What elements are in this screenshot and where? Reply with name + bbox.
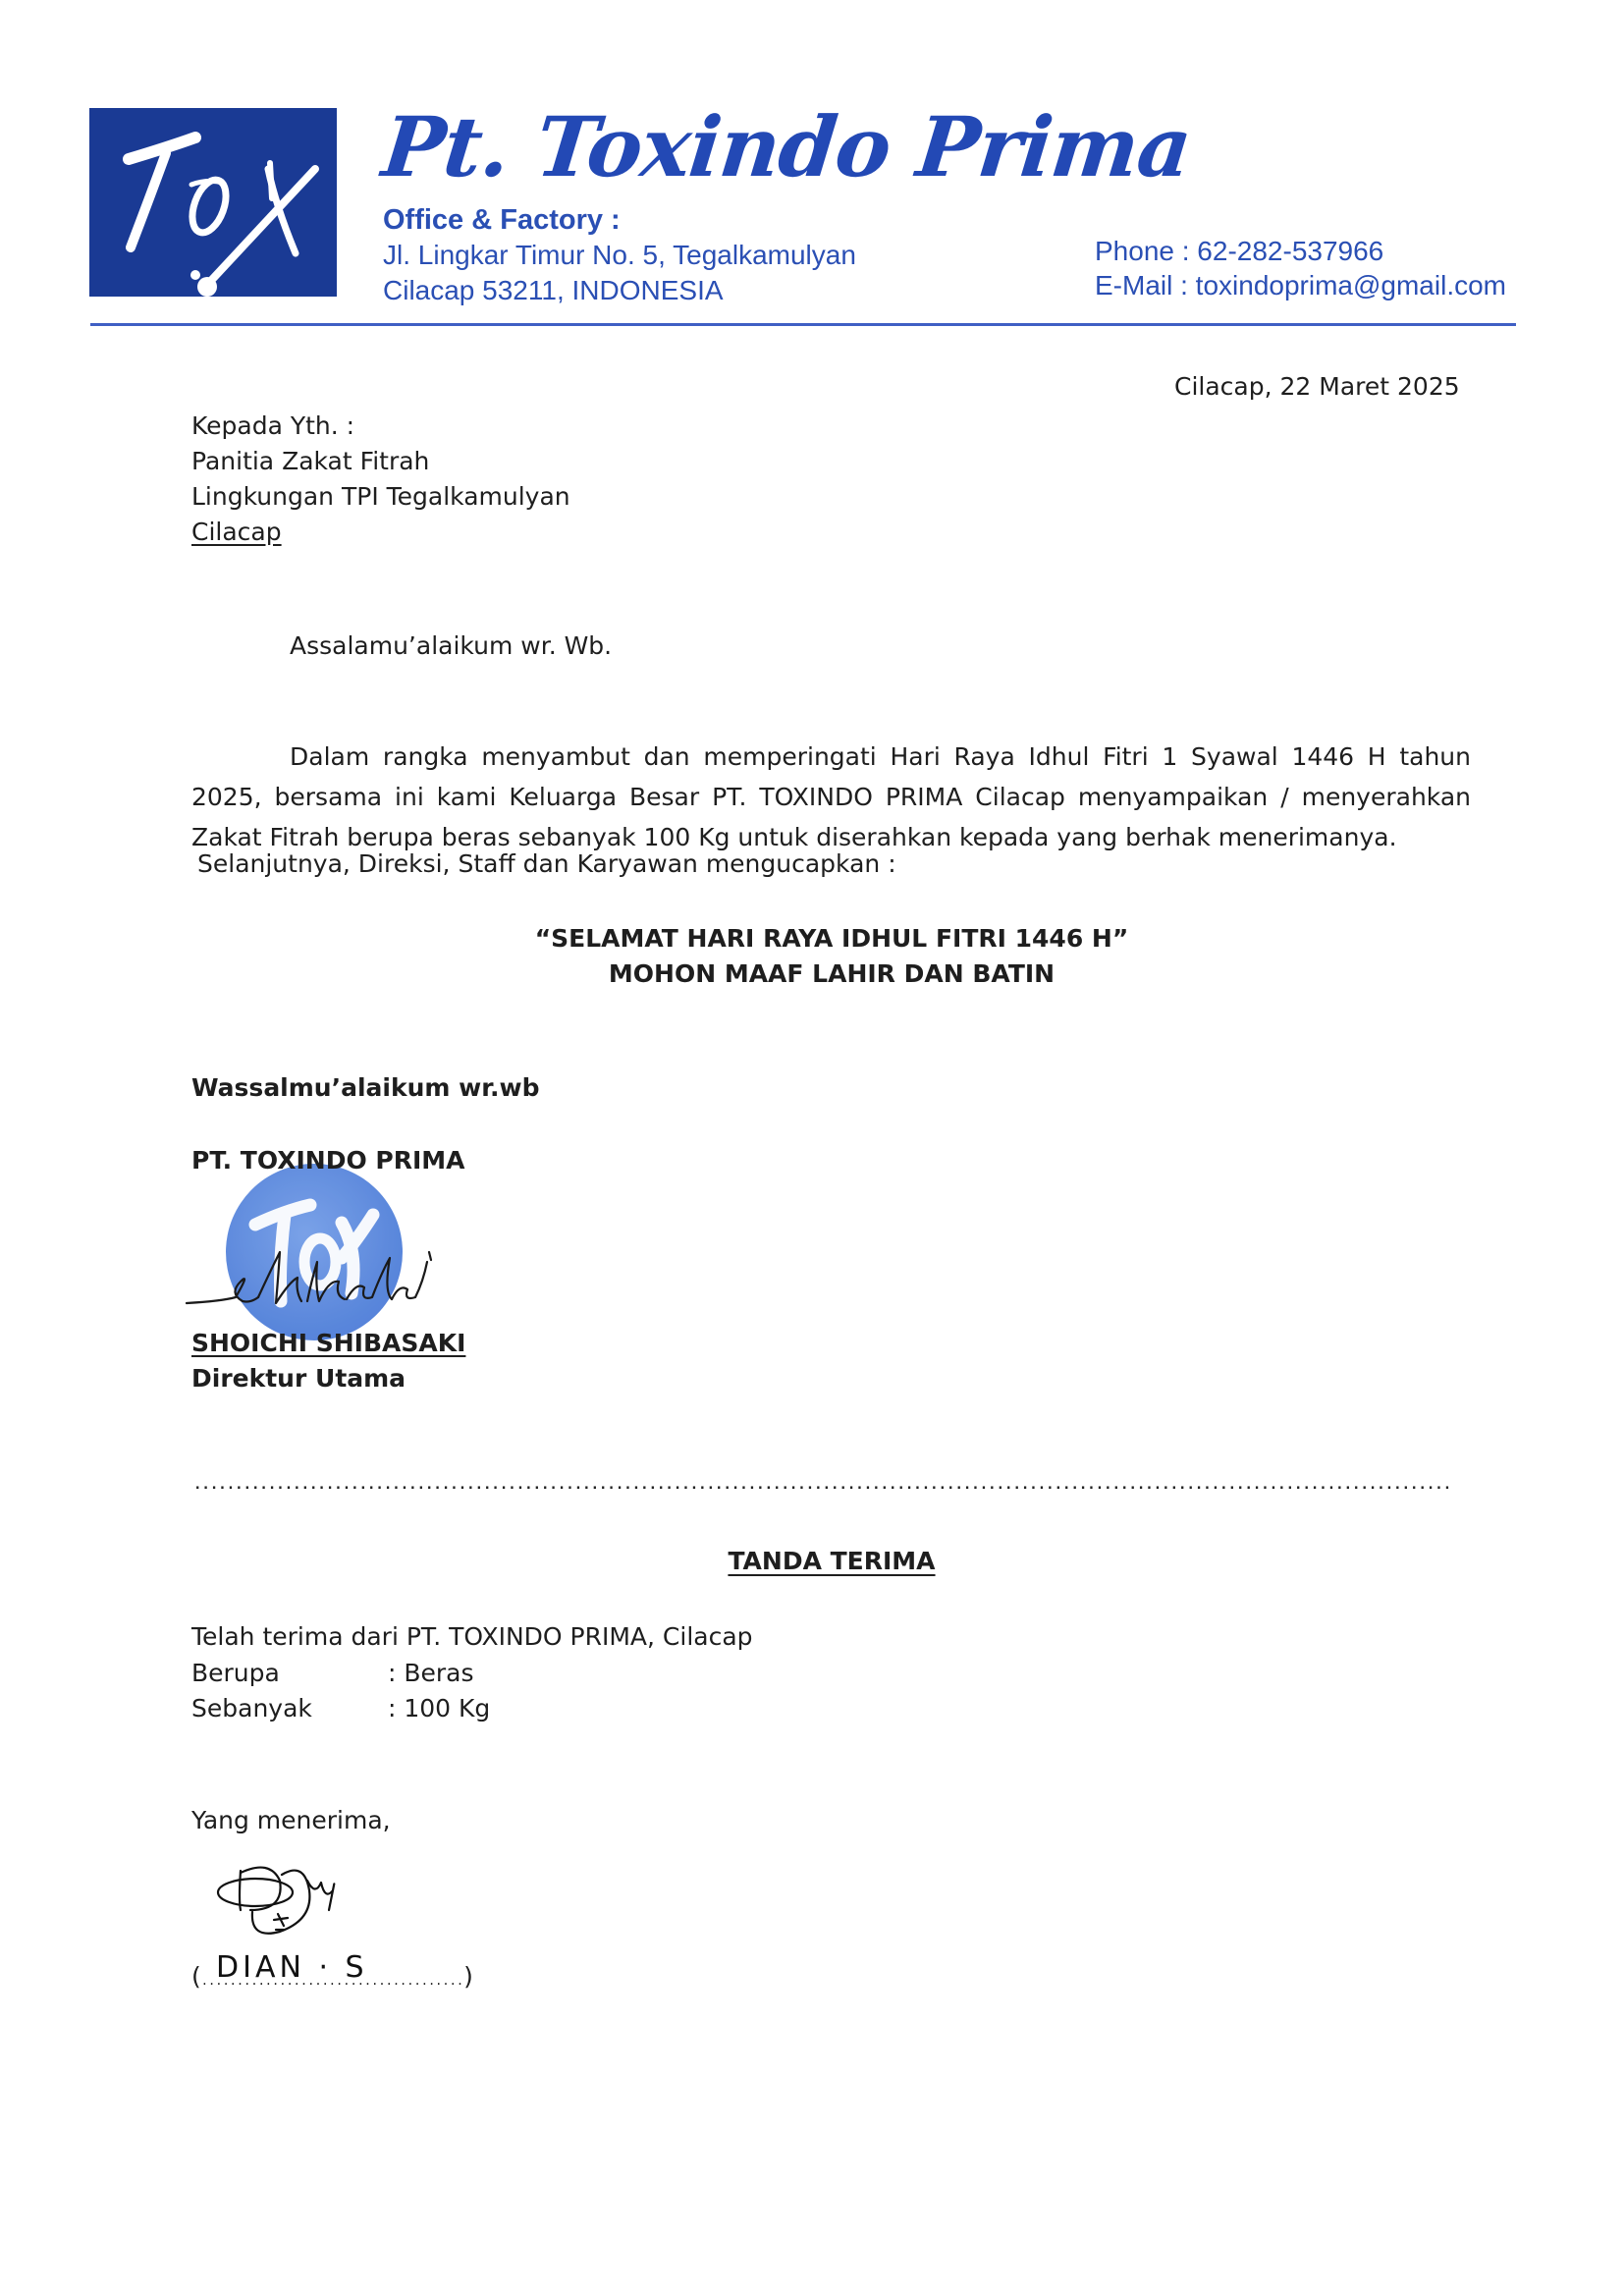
header-divider bbox=[90, 323, 1516, 326]
greeting: Assalamu’alaikum wr. Wb. bbox=[290, 629, 612, 664]
phone-number: Phone : 62-282-537966 bbox=[1095, 236, 1383, 267]
field-value: : 100 Kg bbox=[388, 1694, 490, 1722]
recipient-line: Kepada Yth. : bbox=[191, 409, 570, 444]
field-row-berupa: Berupa: Beras bbox=[191, 1656, 474, 1691]
cut-line-divider: ........................................… bbox=[193, 1477, 1452, 1497]
signatory-title: Direktur Utama bbox=[191, 1361, 406, 1396]
recipient-line: Lingkungan TPI Tegalkamulyan bbox=[191, 479, 570, 515]
letter-date: Cilacap, 22 Maret 2025 bbox=[1174, 369, 1460, 405]
office-label: Office & Factory : bbox=[383, 204, 621, 237]
field-value: : Beras bbox=[388, 1659, 474, 1687]
sender-company: PT. TOXINDO PRIMA bbox=[191, 1143, 465, 1178]
eid-wish-line-2: MOHON MAAF LAHIR DAN BATIN bbox=[0, 957, 1624, 992]
field-label: Berupa bbox=[191, 1656, 388, 1691]
company-logo bbox=[89, 108, 337, 297]
receiver-name-line: (.....................................) … bbox=[191, 1962, 473, 1991]
address-line-2: Cilacap 53211, INDONESIA bbox=[383, 275, 724, 306]
field-label: Sebanyak bbox=[191, 1691, 388, 1726]
address-line-1: Jl. Lingkar Timur No. 5, Tegalkamulyan bbox=[383, 240, 856, 271]
received-from: Telah terima dari PT. TOXINDO PRIMA, Cil… bbox=[191, 1619, 753, 1655]
email-address: E-Mail : toxindoprima@gmail.com bbox=[1095, 270, 1506, 301]
recipient-block: Kepada Yth. : Panitia Zakat Fitrah Lingk… bbox=[191, 409, 570, 550]
field-row-sebanyak: Sebanyak: 100 Kg bbox=[191, 1691, 490, 1726]
recipient-city: Cilacap bbox=[191, 515, 570, 550]
director-signature bbox=[182, 1232, 476, 1311]
receiver-signature bbox=[211, 1851, 358, 1944]
receipt-title: TANDA TERIMA bbox=[0, 1544, 1624, 1579]
receipt-title-text: TANDA TERIMA bbox=[728, 1547, 935, 1575]
tox-logo-icon bbox=[89, 108, 337, 297]
closing-salutation: Wassalmu’alaikum wr.wb bbox=[191, 1070, 540, 1106]
body-paragraph: Dalam rangka menyambut dan memperingati … bbox=[191, 737, 1471, 857]
eid-wish-line-1: “SELAMAT HARI RAYA IDHUL FITRI 1446 H” bbox=[0, 921, 1624, 957]
receiver-label: Yang menerima, bbox=[191, 1803, 391, 1838]
recipient-line: Panitia Zakat Fitrah bbox=[191, 444, 570, 479]
closing-intro: Selanjutnya, Direksi, Staff dan Karyawan… bbox=[197, 847, 896, 882]
signatory-name: SHOICHI SHIBASAKI bbox=[191, 1326, 465, 1361]
company-name: Pt. Toxindo Prima bbox=[378, 98, 1195, 195]
paren-close: ) bbox=[463, 1962, 473, 1991]
paren-open: ( bbox=[191, 1962, 201, 1991]
receiver-name-handwritten: DIAN · S bbox=[216, 1950, 368, 1985]
